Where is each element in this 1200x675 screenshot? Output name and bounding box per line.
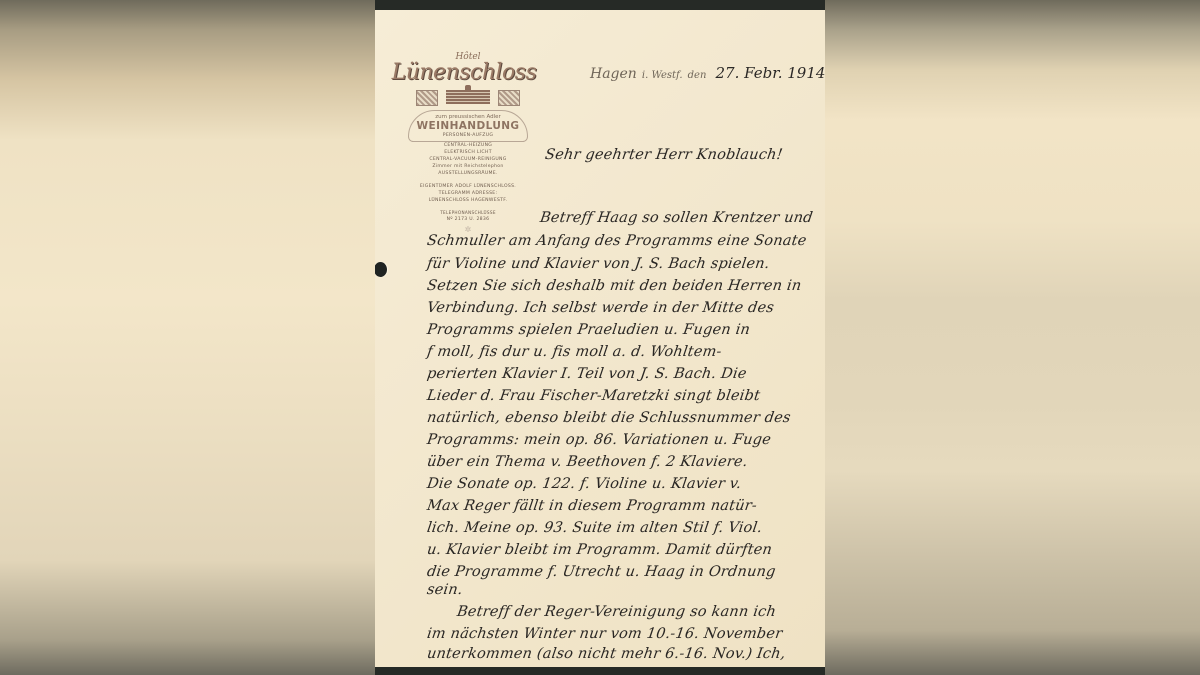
letter-line: perierten Klavier I. Teil von J. S. Bach… [426,366,748,382]
telegram-label: TELEGRAMM ADRESSE: [393,190,543,197]
printed-place: Hagen [590,66,637,82]
letter-line: Betreff Haag so sollen Krentzer und [539,210,814,226]
ornament-tile-icon [416,90,438,106]
letter-line: lich. Meine op. 93. Suite im alten Stil … [426,520,763,536]
phone-label: TELEPHONANSCHLÜSSE [393,209,543,216]
letter-line: Lieder d. Frau Fischer-Maretzki singt bl… [426,388,761,404]
prussian-eagle-icon [446,90,490,104]
letter-line: Programms: mein op. 86. Variationen u. F… [426,432,772,448]
handwritten-date: 27. Febr. 1914. [716,64,826,82]
scanned-letter-frame: Hôtel Lünenschloss zum preussischen Adle… [375,0,825,675]
ornament-tile-icon [498,90,520,106]
letter-line: über ein Thema v. Beethoven f. 2 Klavier… [426,454,749,470]
owner-line: EIGENTÜMER ADOLF LÜNENSCHLOSS. [393,183,543,190]
amenity: AUSSTELLUNGSRÄUME. [393,170,543,177]
printed-region: i. Westf. [642,70,683,81]
letter-page: Hôtel Lünenschloss zum preussischen Adle… [375,10,825,667]
amenity: Zimmer mit Reichstelephon [393,163,543,170]
eagle-emblem-row [393,90,543,106]
letter-line: unterkommen (also nicht mehr 6.-16. Nov.… [426,646,787,662]
amenity: ELEKTRISCH LICHT [393,149,543,156]
dateline: Hagen i. Westf. den 27. Febr. 1914. [590,63,825,82]
letter-line: für Violine und Klavier von J. S. Bach s… [426,256,771,272]
letterhead-business: WEINHANDLUNG [409,120,527,132]
blurred-backdrop-left [0,0,375,675]
letter-line: die Programme f. Utrecht u. Haag in Ordn… [426,564,777,580]
letterhead-frame: zum preussischen Adler WEINHANDLUNG PERS… [408,110,528,142]
letter-line: natürlich, ebenso bleibt die Schlussnumm… [426,410,792,426]
blurred-backdrop-right [825,0,1200,675]
letter-line: Betreff der Reger-Vereinigung so kann ic… [456,604,777,620]
letter-line: sein. [426,582,464,598]
letter-line: Schmuller am Anfang des Programms eine S… [426,233,808,249]
punch-hole [375,262,387,277]
letter-line: im nächsten Winter nur vom 10.-16. Novem… [426,626,784,642]
amenity: CENTRAL-VACUUM-REINIGUNG [393,156,543,163]
phone-numbers: Nº 2173 U. 2836 [393,216,543,223]
hotel-name: Lünenschloss [385,62,543,84]
amenity: PERSONEN-AUFZUG [409,132,527,139]
letter-line: u. Klavier bleibt im Programm. Damit dür… [426,542,773,558]
letter-line: Setzen Sie sich deshalb mit den beiden H… [426,278,803,294]
letter-line: f moll, fis dur u. fis moll a. d. Wohlte… [426,344,723,360]
letter-line: Verbindung. Ich selbst werde in der Mitt… [426,300,775,316]
telegram-address: LÜNENSCHLOSS HAGENWESTF. [393,197,543,204]
amenity: CENTRAL-HEIZUNG [393,142,543,149]
letter-line: Max Reger fällt in diesem Programm natür… [426,498,758,514]
letter-line: Die Sonate op. 122. f. Violine u. Klavie… [426,476,742,492]
printed-den: den [688,70,707,81]
salutation: Sehr geehrter Herr Knoblauch! [544,147,784,163]
hotel-letterhead: Hôtel Lünenschloss zum preussischen Adle… [393,10,543,234]
letter-line: Programms spielen Praeludien u. Fugen in [426,322,751,338]
